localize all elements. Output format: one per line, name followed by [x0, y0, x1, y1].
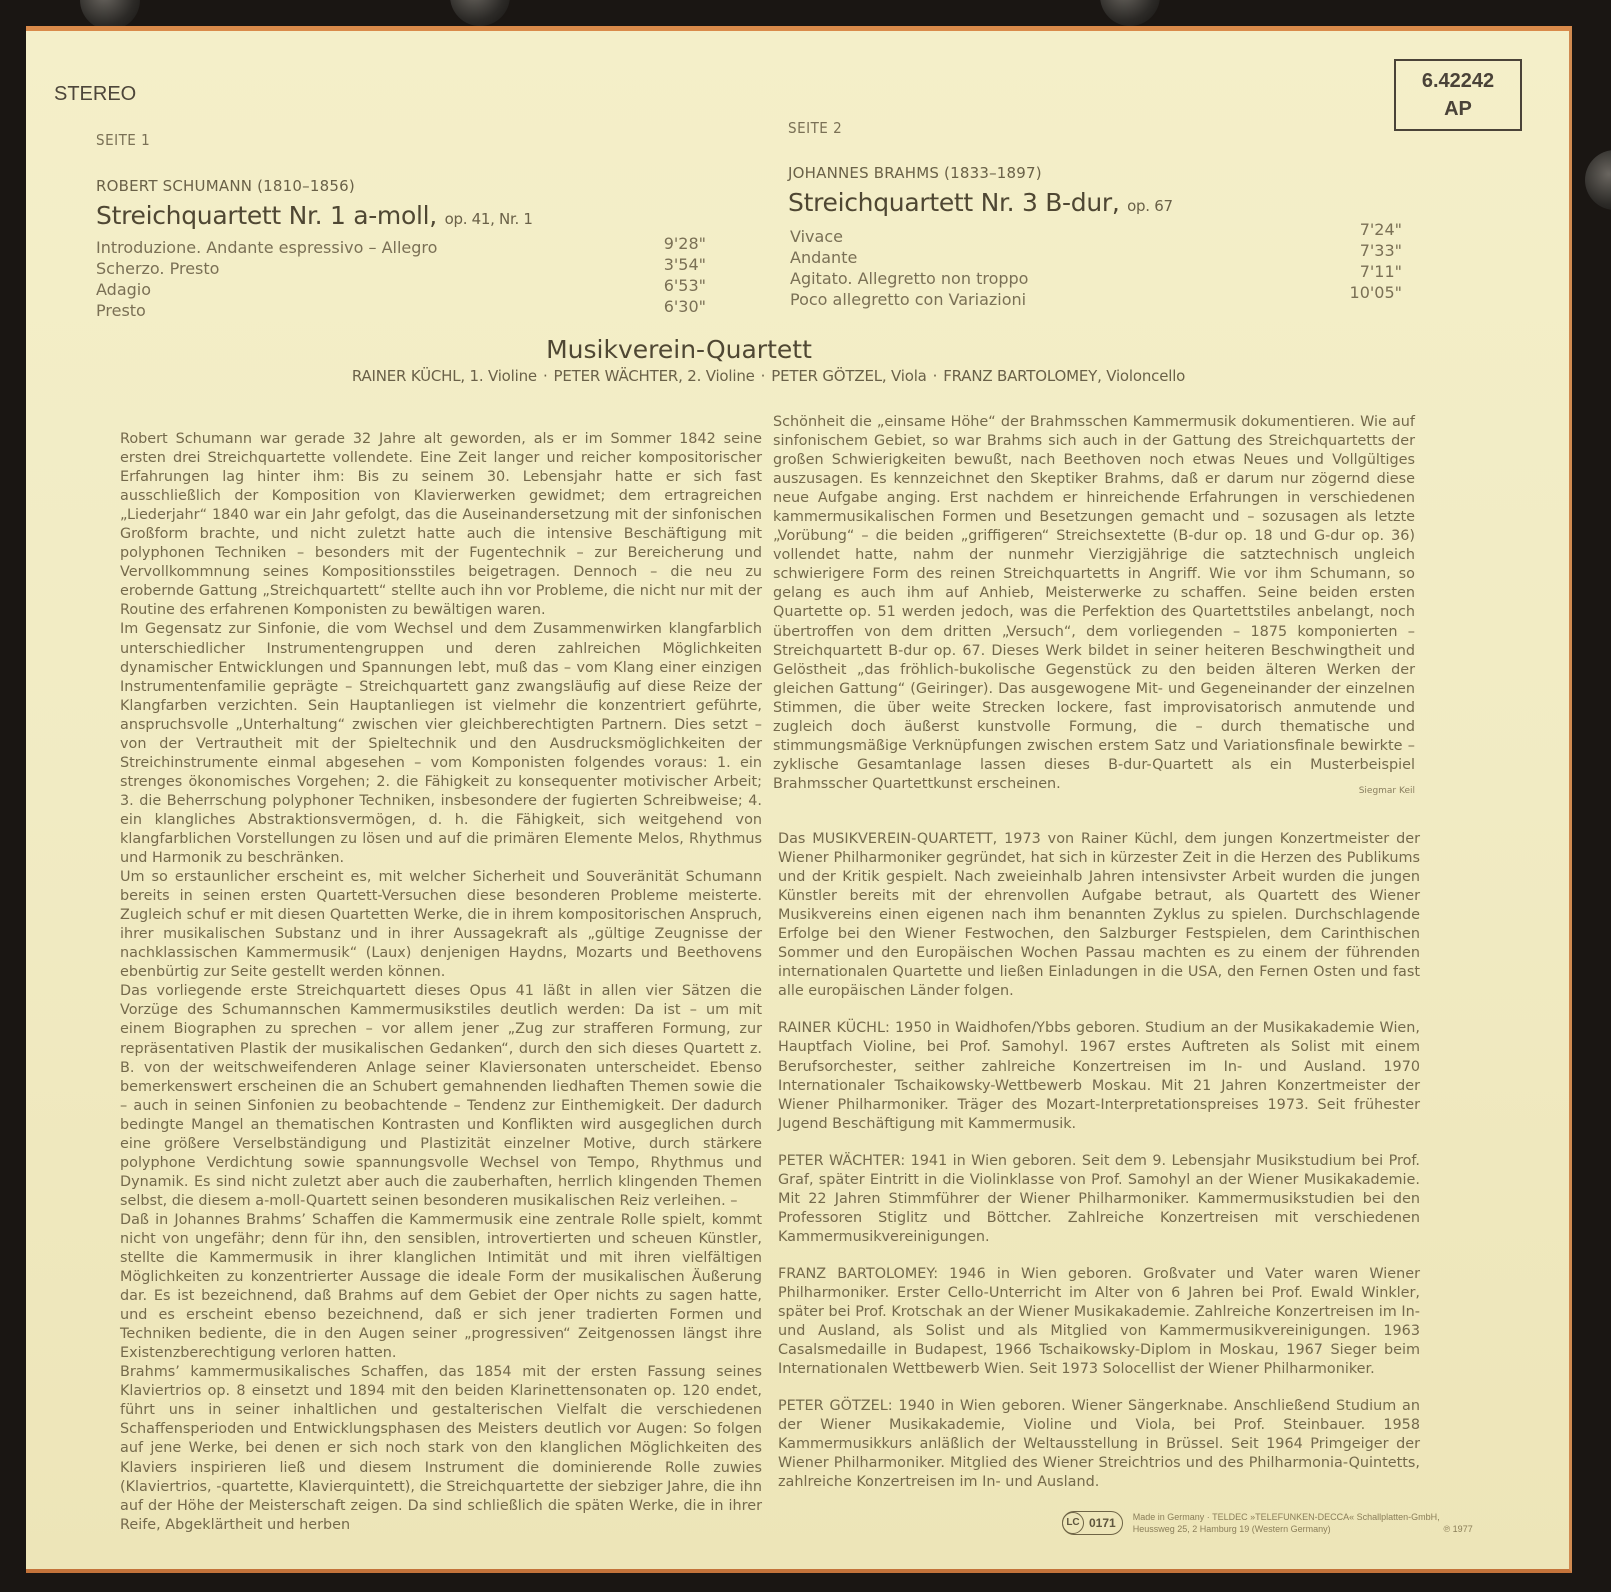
movement-title: Presto	[96, 300, 656, 321]
member-biography: PETER WÄCHTER: 1941 in Wien geboren. Sei…	[778, 1152, 1420, 1247]
label-code-badge: LC 0171	[1062, 1511, 1123, 1535]
record-sleeve-back: STEREO 6.42242 AP SEITE 1 ROBERT SCHUMAN…	[26, 26, 1572, 1573]
catalog-number: 6.42242	[1396, 67, 1520, 95]
side1-label: SEITE 1	[96, 131, 150, 149]
movement-title: Adagio	[96, 279, 656, 300]
mounting-clip	[1100, 0, 1160, 26]
ensemble-member: RAINER KÜCHL, 1. Violine	[352, 367, 537, 385]
mounting-clip	[1585, 150, 1611, 210]
liner-notes-paragraph: Um so erstaunlicher erscheint es, mit we…	[120, 868, 762, 982]
side2-composer: JOHANNES BRAHMS (1833–1897)	[788, 164, 1042, 182]
movement-title: Andante	[790, 247, 1350, 268]
member-separator: ·	[543, 367, 548, 385]
side1-duration-list: 9'28"3'54"6'53"6'30"	[626, 233, 706, 317]
liner-notes-paragraph: Brahms’ kammermusikalisches Schaffen, da…	[120, 1363, 762, 1534]
side1-work-name: Streichquartett Nr. 1 a-moll,	[96, 201, 437, 230]
movement-title: Vivace	[790, 226, 1350, 247]
mounting-clip	[450, 0, 510, 26]
side2-duration-list: 7'24"7'33"7'11"10'05"	[1316, 219, 1402, 303]
copyright: ℗ 1977	[1444, 1523, 1473, 1535]
biographies-column: Das MUSIKVEREIN-QUARTETT, 1973 von Raine…	[778, 830, 1420, 1492]
publisher-info: Made in Germany · TELDEC »TELEFUNKEN-DEC…	[1133, 1511, 1473, 1535]
movement-duration: 7'11"	[1316, 261, 1402, 282]
movement-title: Scherzo. Presto	[96, 258, 656, 279]
publisher-line-1: Made in Germany · TELDEC »TELEFUNKEN-DEC…	[1133, 1511, 1473, 1523]
movement-duration: 7'33"	[1316, 240, 1402, 261]
side2-work-opus: op. 67	[1127, 197, 1173, 215]
liner-notes-paragraph: Schönheit die „einsame Höhe“ der Brahmss…	[773, 413, 1415, 794]
movement-duration: 7'24"	[1316, 219, 1402, 240]
movement-duration: 10'05"	[1316, 282, 1402, 303]
liner-notes-right-column: Schönheit die „einsame Höhe“ der Brahmss…	[773, 413, 1415, 801]
liner-notes-left-column: Robert Schumann war gerade 32 Jahre alt …	[120, 430, 762, 1535]
publisher-line-2: Heussweg 25, 2 Hamburg 19 (Western Germa…	[1133, 1523, 1473, 1535]
side2-work-title: Streichquartett Nr. 3 B-dur, op. 67	[788, 188, 1173, 217]
side2-movement-list: VivaceAndanteAgitato. Allegretto non tro…	[790, 226, 1350, 310]
ensemble-members: RAINER KÜCHL, 1. Violine·PETER WÄCHTER, …	[266, 367, 1271, 385]
liner-notes-paragraph: Im Gegensatz zur Sinfonie, die vom Wechs…	[120, 620, 762, 868]
liner-notes-paragraph: Das vorliegende erste Streichquartett di…	[120, 982, 762, 1211]
liner-notes-paragraph: Daß in Johannes Brahms’ Schaffen die Kam…	[120, 1211, 762, 1363]
stereo-label: STEREO	[54, 83, 136, 106]
side1-composer: ROBERT SCHUMANN (1810–1856)	[96, 177, 355, 195]
member-biography: PETER GÖTZEL: 1940 in Wien geboren. Wien…	[778, 1397, 1420, 1492]
member-biography: RAINER KÜCHL: 1950 in Waidhofen/Ybbs geb…	[778, 1019, 1420, 1133]
lc-logo: LC	[1062, 1512, 1084, 1534]
ensemble-member: FRANZ BARTOLOMEY, Violoncello	[943, 367, 1185, 385]
lc-code: 0171	[1089, 1517, 1116, 1529]
side2-work-name: Streichquartett Nr. 3 B-dur,	[788, 188, 1120, 217]
ensemble-member: PETER WÄCHTER, 2. Violine	[554, 367, 755, 385]
ensemble-name: Musikverein-Quartett	[26, 335, 1332, 364]
ensemble-member: PETER GÖTZEL, Viola	[771, 367, 926, 385]
movement-title: Agitato. Allegretto non troppo	[790, 268, 1350, 289]
movement-duration: 6'30"	[626, 296, 706, 317]
member-separator: ·	[761, 367, 766, 385]
catalog-suffix: AP	[1396, 95, 1520, 123]
side2-label: SEITE 2	[788, 119, 842, 137]
member-biography: FRANZ BARTOLOMEY: 1946 in Wien geboren. …	[778, 1265, 1420, 1379]
movement-duration: 6'53"	[626, 275, 706, 296]
movement-duration: 9'28"	[626, 233, 706, 254]
liner-notes-paragraph: Robert Schumann war gerade 32 Jahre alt …	[120, 430, 762, 620]
side1-work-title: Streichquartett Nr. 1 a-moll, op. 41, Nr…	[96, 201, 533, 230]
member-separator: ·	[933, 367, 938, 385]
side1-work-opus: op. 41, Nr. 1	[445, 210, 533, 228]
side1-movement-list: Introduzione. Andante espressivo – Alleg…	[96, 237, 656, 321]
movement-duration: 3'54"	[626, 254, 706, 275]
catalog-number-box: 6.42242 AP	[1394, 59, 1522, 131]
movement-title: Poco allegretto con Variazioni	[790, 289, 1350, 310]
label-footer: LC 0171 Made in Germany · TELDEC »TELEFU…	[1062, 1511, 1473, 1535]
ensemble-biography: Das MUSIKVEREIN-QUARTETT, 1973 von Raine…	[778, 830, 1420, 1001]
movement-title: Introduzione. Andante espressivo – Alleg…	[96, 237, 656, 258]
